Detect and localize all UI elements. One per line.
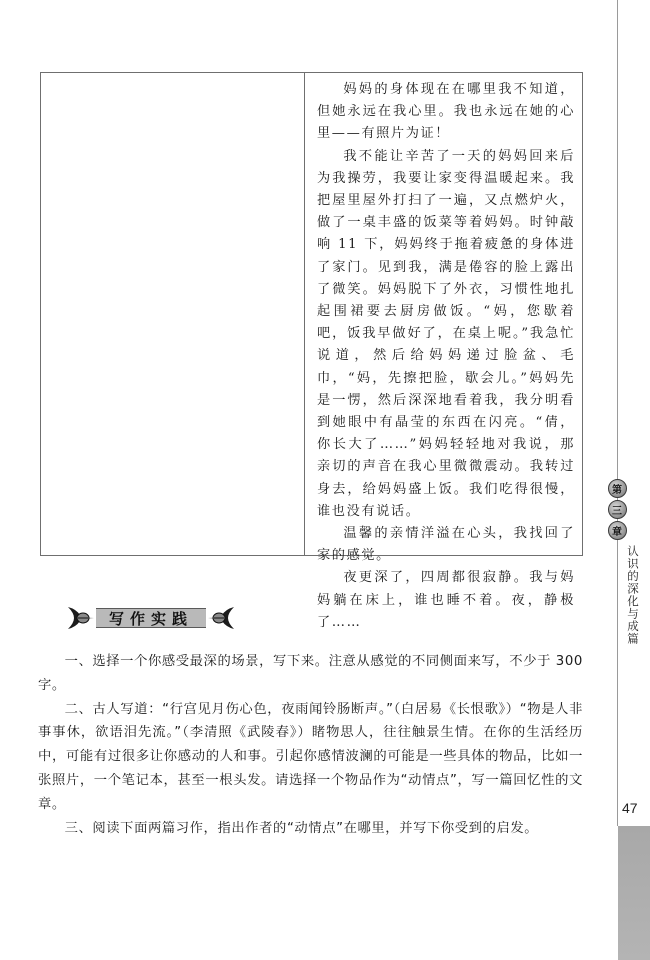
- margin-divider-line: [617, 0, 618, 826]
- essay-table: 妈妈的身体现在在哪里我不知道，但她永远在我心里。我也永远在她的心里——有照片为证…: [40, 72, 583, 556]
- story-paragraph: 妈妈的身体现在在哪里我不知道，但她永远在我心里。我也永远在她的心里——有照片为证…: [317, 79, 575, 146]
- chapter-title: 认识的深化与成篇: [624, 545, 640, 645]
- left-ornament-icon: [66, 603, 96, 633]
- right-ornament-icon: [206, 603, 236, 633]
- practice-item: 一、选择一个你感受最深的场景，写下来。注意从感觉的不同侧面来写，不少于 300 …: [38, 650, 583, 698]
- section-heading: 写作实践: [96, 608, 206, 628]
- chapter-badges: 第 三 章: [607, 479, 627, 540]
- page-number: 47: [622, 800, 638, 816]
- practice-item: 三、阅读下面两篇习作，指出作者的“动情点”在哪里，并写下你受到的启发。: [38, 817, 583, 841]
- chapter-badge-icon: 章: [608, 521, 627, 540]
- story-paragraph: 夜更深了，四周都很寂静。我与妈妈躺在床上，谁也睡不着。夜，静极了……: [317, 567, 575, 634]
- section-heading-banner: 写作实践: [66, 603, 236, 633]
- page-edge-tab: [618, 826, 650, 960]
- story-paragraph: 温馨的亲情洋溢在心头，我找回了家的感觉。: [317, 523, 575, 567]
- table-left-column-empty: [41, 73, 305, 555]
- writing-practice-list: 一、选择一个你感受最深的场景，写下来。注意从感觉的不同侧面来写，不少于 300 …: [38, 650, 583, 840]
- chapter-badge-icon: 三: [608, 500, 627, 519]
- practice-item: 二、古人写道：“行宫见月伤心色，夜雨闻铃肠断声。”（白居易《长恨歌》）“物是人非…: [38, 698, 583, 817]
- story-paragraph: 我不能让辛苦了一天的妈妈回来后为我操劳，我要让家变得温暖起来。我把屋里屋外打扫了…: [317, 146, 575, 523]
- chapter-badge-icon: 第: [608, 479, 627, 498]
- essay-excerpt: 妈妈的身体现在在哪里我不知道，但她永远在我心里。我也永远在她的心里——有照片为证…: [305, 73, 583, 555]
